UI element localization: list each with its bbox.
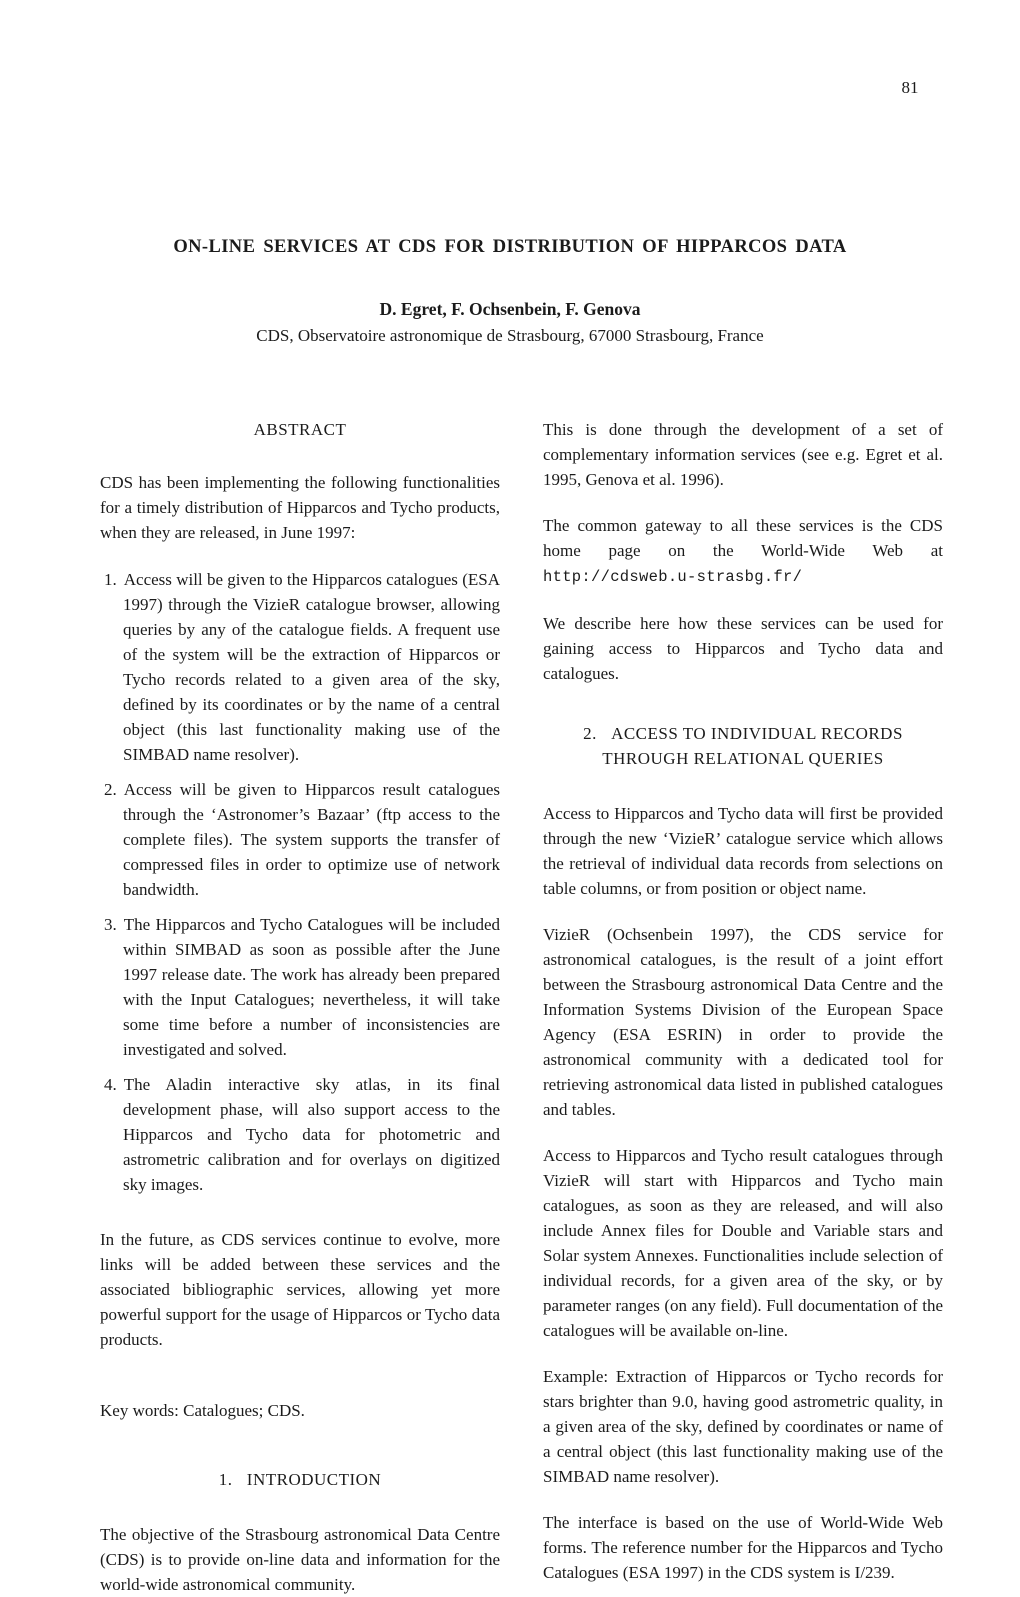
affiliation-line: CDS, Observatoire astronomique de Strasb… [0,326,1020,346]
right-paragraph-7: Example: Extraction of Hipparcos or Tych… [543,1364,943,1489]
list-item-text: The Aladin interactive sky atlas, in its… [123,1075,500,1194]
list-item-number: 1. [104,570,117,589]
gateway-text: The common gateway to all these services… [543,516,943,560]
list-item-number: 3. [104,915,117,934]
abstract-intro-paragraph: CDS has been implementing the following … [100,470,500,545]
abstract-list-item-1: 1.Access will be given to the Hipparcos … [104,567,500,767]
cds-url: http://cdsweb.u-strasbg.fr/ [543,568,802,586]
abstract-heading: ABSTRACT [100,417,500,442]
section-2-heading-line-1: 2. ACCESS TO INDIVIDUAL RECORDS [543,721,943,746]
list-item-text: Access will be given to the Hipparcos ca… [123,570,500,764]
list-item-text: Access will be given to Hipparcos result… [123,780,500,899]
right-paragraph-1: This is done through the development of … [543,417,943,492]
right-paragraph-3: We describe here how these services can … [543,611,943,686]
right-paragraph-6: Access to Hipparcos and Tycho result cat… [543,1143,943,1343]
list-item-text: The Hipparcos and Tycho Catalogues will … [123,915,500,1059]
left-column: ABSTRACT CDS has been implementing the f… [100,417,500,1597]
paper-title: ON-LINE SERVICES AT CDS FOR DISTRIBUTION… [0,237,1020,258]
list-item-number: 4. [104,1075,117,1094]
authors-line: D. Egret, F. Ochsenbein, F. Genova [0,299,1020,320]
page-number: 81 [880,78,940,98]
right-column: This is done through the development of … [543,417,943,1585]
abstract-list: 1.Access will be given to the Hipparcos … [104,567,500,1197]
keywords-line: Key words: Catalogues; CDS. [100,1398,500,1423]
list-item-number: 2. [104,780,117,799]
abstract-list-item-4: 4.The Aladin interactive sky atlas, in i… [104,1072,500,1197]
right-paragraph-2: The common gateway to all these services… [543,513,943,590]
abstract-closing-paragraph: In the future, as CDS services continue … [100,1227,500,1352]
section-2-heading: 2. ACCESS TO INDIVIDUAL RECORDS THROUGH … [543,721,943,771]
section-1-heading: 1. INTRODUCTION [100,1467,500,1492]
section-2-heading-line-2: THROUGH RELATIONAL QUERIES [543,746,943,771]
abstract-list-item-3: 3.The Hipparcos and Tycho Catalogues wil… [104,912,500,1062]
right-paragraph-5: VizieR (Ochsenbein 1997), the CDS servic… [543,922,943,1122]
right-paragraph-8: The interface is based on the use of Wor… [543,1510,943,1585]
abstract-list-item-2: 2.Access will be given to Hipparcos resu… [104,777,500,902]
introduction-paragraph: The objective of the Strasbourg astronom… [100,1522,500,1597]
right-paragraph-4: Access to Hipparcos and Tycho data will … [543,801,943,901]
